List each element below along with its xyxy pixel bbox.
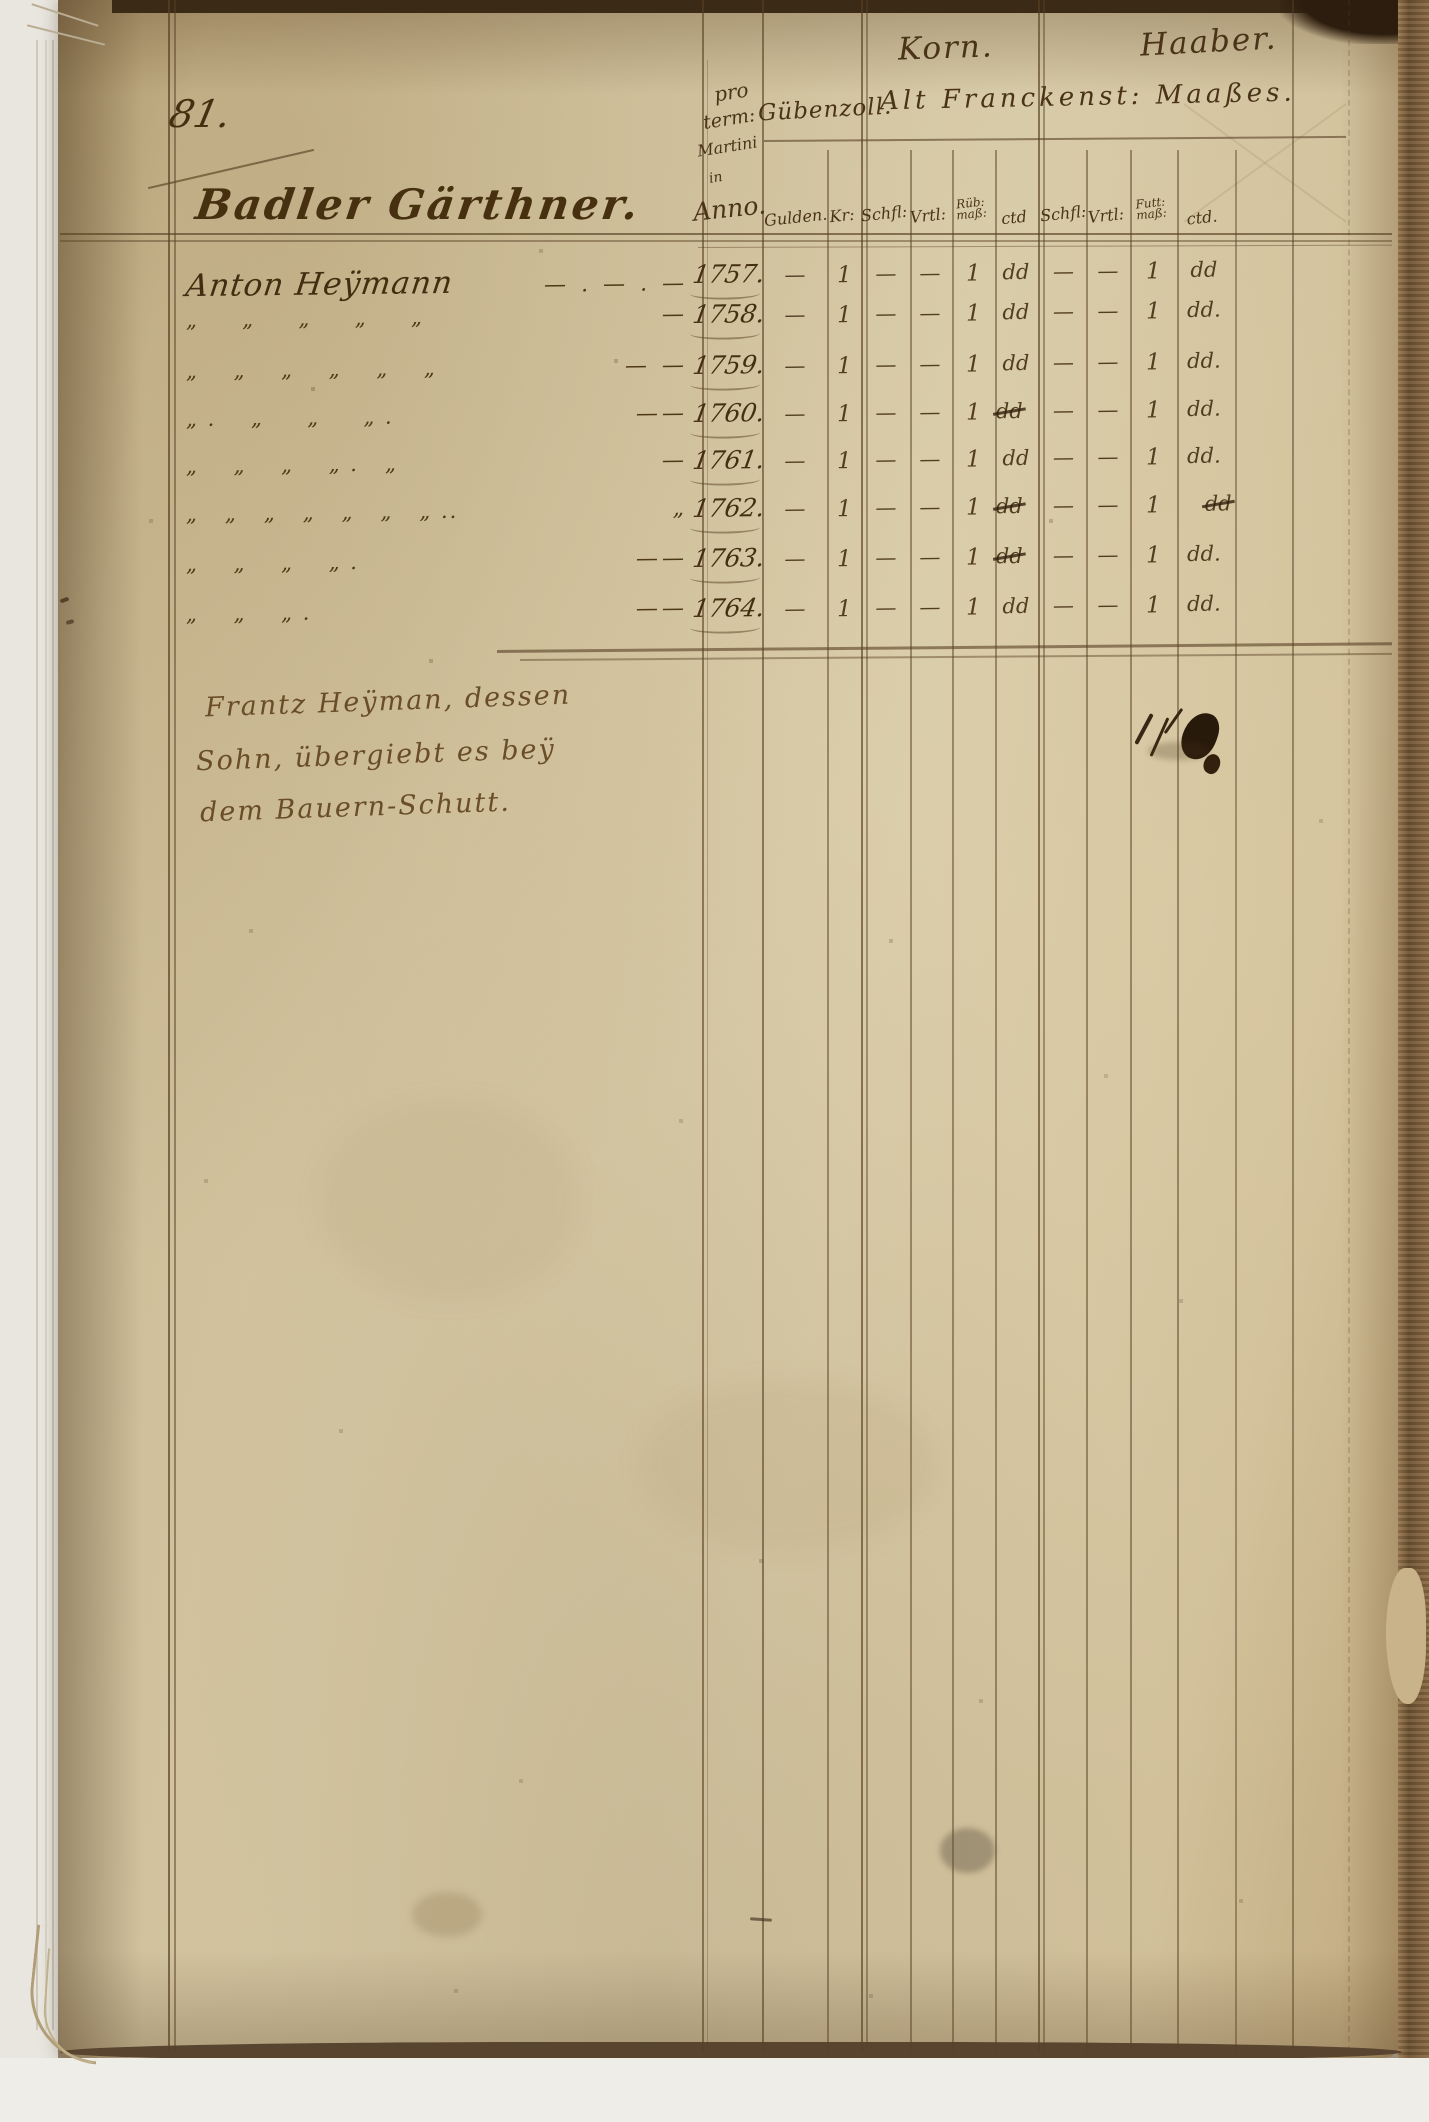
value-cell-haaber-mass: 1 [1131,492,1176,519]
ruled-line-horizontal [60,240,1392,242]
row-name-area: „ „ „ „ .—— [186,546,688,577]
column-subheader-kreuzer: Kr: [823,204,861,227]
manuscript-photo: 81. Badler Gärthner. pro term: Martini i… [0,0,1429,2122]
value-cell-kreuzer: 1 [829,401,860,427]
row-year: 1758. [690,299,769,329]
paper-speckles [0,0,2,2]
haaber-column-group-title: Haaber. [1139,20,1278,63]
row-name: Anton Heÿmann [184,265,456,304]
row-name-area: „ „ „ .—— [186,596,688,627]
year-flourish-arc [690,327,760,340]
value-cell-haaber-vrtl: — [1087,398,1129,423]
value-cell-kreuzer: 1 [829,302,860,328]
value-cell-korn-vrtl: — [910,261,950,285]
anno-header-line: in [708,169,724,187]
value-cell-korn-mass: 1 [953,544,994,570]
stain [412,1892,482,1937]
value-cell-haaber-schfl: — [1044,543,1083,567]
value-cell-korn-vrtl: — [910,301,950,325]
row-name-area: „ „ „ „ „— [186,302,688,333]
value-cell-korn-mass: 1 [953,260,994,286]
value-cell-haaber-mass: 1 [1131,397,1176,424]
ink-smear [1148,742,1210,760]
row-name-area: „ „ „ „ „ „— — [186,353,688,384]
ruled-line-vertical [1235,150,1237,2052]
value-cell-haaber-ctd: dd [1205,491,1232,515]
value-cell-korn-schfl: — [864,301,908,326]
row-year: 1757. [690,259,769,289]
value-cell-korn-schfl: — [864,595,908,620]
value-cell-gulden: — [766,302,824,327]
stain [640,1380,940,1550]
row-year: 1759. [690,350,769,380]
value-cell-kreuzer: 1 [829,546,860,572]
ruled-line-horizontal [60,233,1392,235]
value-cell-korn-vrtl: — [910,545,950,569]
row-name-area: „ . „ „ „ .—— [186,401,688,432]
ruled-line-vertical [1086,150,1088,2052]
torn-edge-patch [1386,1568,1426,1704]
photo-background-bottom [0,2058,1429,2122]
row-year: 1764. [690,593,769,623]
value-cell-haaber-ctd: dd. [1178,443,1230,468]
value-cell-gulden: — [766,448,824,473]
ditto-marks: „ „ „ . [186,601,312,627]
row-year: 1762. [690,493,769,523]
year-flourish-arc [690,621,760,634]
value-cell-korn-schfl: — [864,447,908,472]
value-cell-korn-ctd: dd [996,544,1023,568]
value-cell-gulden: — [766,596,824,621]
row-trail-dashes: —— [636,546,688,572]
value-cell-gulden: — [766,262,824,287]
value-cell-gulden: — [766,496,824,521]
page-stack-right [1398,0,1429,2078]
value-cell-korn-ctd: dd [996,494,1023,518]
value-cell-haaber-vrtl: — [1087,445,1129,470]
value-cell-haaber-schfl: — [1044,493,1083,517]
year-flourish-arc [690,473,760,486]
value-cell-korn-vrtl: — [910,400,950,424]
value-cell-haaber-vrtl: — [1087,543,1129,568]
value-cell-haaber-ctd: dd. [1178,591,1230,616]
value-cell-haaber-mass: 1 [1131,349,1176,376]
value-cell-haaber-schfl: — [1044,350,1083,374]
row-trail-dashes: —— [636,401,688,427]
value-cell-korn-schfl: — [864,261,908,286]
value-cell-korn-mass: 1 [953,446,994,472]
value-cell-korn-ctd: dd [996,399,1023,423]
value-cell-korn-ctd: dd [996,260,1036,284]
row-trail-dashes: „ [672,496,688,521]
value-cell-korn-ctd: dd [996,594,1036,618]
value-cell-haaber-schfl: — [1044,259,1083,283]
value-cell-haaber-ctd: dd. [1178,396,1230,421]
value-cell-haaber-vrtl: — [1087,259,1129,284]
ditto-marks: „ „ „ „ „ [186,305,424,332]
ruled-line-vertical [1177,150,1179,2052]
section-heading: Badler Gärthner. [193,180,645,229]
ditto-marks: „ „ „ „ . [186,550,359,576]
row-name-area: „ „ „ „ „ „ „ ..„ [186,496,688,527]
ditto-marks: „ „ „ „ „ „ [186,356,437,383]
stain [940,1828,995,1873]
value-cell-haaber-vrtl: — [1087,593,1129,618]
value-cell-haaber-ctd: dd. [1178,541,1230,566]
value-cell-haaber-mass: 1 [1131,444,1176,471]
value-cell-haaber-schfl: — [1044,445,1083,469]
value-cell-korn-vrtl: — [910,352,950,376]
value-cell-haaber-schfl: — [1044,299,1083,323]
value-cell-haaber-mass: 1 [1131,542,1176,569]
row-trail-dashes: — [662,448,688,473]
value-cell-haaber-schfl: — [1044,398,1083,422]
row-trail-dashes: — [662,302,688,327]
value-cell-haaber-vrtl: — [1087,350,1129,375]
korn-column-group-title: Korn. [897,28,994,67]
value-cell-gulden: — [766,401,824,426]
value-cell-haaber-ctd: dd [1178,257,1230,282]
value-cell-korn-vrtl: — [910,447,950,471]
value-cell-korn-mass: 1 [953,351,994,377]
value-cell-haaber-schfl: — [1044,593,1083,617]
value-cell-korn-mass: 1 [953,300,994,326]
year-flourish-arc [690,521,760,534]
value-cell-kreuzer: 1 [829,496,860,522]
folio-number: 81. [165,92,235,136]
year-flourish-arc [690,426,760,439]
book-edge-top [112,0,1429,13]
value-cell-korn-ctd: dd [996,351,1036,375]
value-cell-gulden: — [766,546,824,571]
value-cell-haaber-mass: 1 [1131,592,1176,619]
value-cell-haaber-mass: 1 [1131,258,1176,285]
value-cell-haaber-mass: 1 [1131,298,1176,325]
ditto-marks: „ „ „ „ „ „ „ .. [186,499,459,526]
row-year: 1763. [690,543,769,573]
value-cell-korn-schfl: — [864,495,908,520]
year-flourish-arc [690,571,760,584]
value-cell-korn-schfl: — [864,545,908,570]
row-trail-dashes: —— [636,596,688,622]
row-year: 1760. [690,398,769,428]
value-cell-korn-mass: 1 [953,399,994,425]
value-cell-haaber-vrtl: — [1087,299,1129,324]
value-cell-haaber-ctd: dd. [1178,348,1230,373]
value-cell-korn-mass: 1 [953,494,994,520]
value-cell-haaber-vrtl: — [1087,493,1129,518]
value-cell-kreuzer: 1 [829,353,860,379]
ditto-marks: „ . „ „ „ . [186,405,394,432]
value-cell-kreuzer: 1 [829,596,860,622]
value-cell-kreuzer: 1 [829,262,860,288]
row-trail-dashes: — . — . — [544,271,688,298]
value-cell-korn-ctd: dd [996,446,1036,470]
ruled-line-vertical [1130,150,1132,2052]
year-flourish-arc [690,287,760,300]
value-cell-haaber-ctd: dd. [1178,297,1230,322]
value-cell-korn-vrtl: — [910,495,950,519]
value-cell-korn-ctd: dd [996,300,1036,324]
year-flourish-arc [690,378,760,391]
value-cell-korn-vrtl: — [910,595,950,619]
ruled-line-vertical [995,150,997,2052]
value-cell-korn-schfl: — [864,352,908,377]
row-trail-dashes: — — [625,353,688,379]
row-name-area: „ „ „ „ . „— [186,448,688,479]
value-cell-gulden: — [766,353,824,378]
value-cell-korn-schfl: — [864,400,908,425]
ditto-marks: „ „ „ „ . „ [186,452,398,479]
row-name-area: Anton Heÿmann— . — . — [186,262,688,304]
stain [320,1100,580,1300]
value-cell-kreuzer: 1 [829,448,860,474]
value-cell-korn-mass: 1 [953,594,994,620]
row-year: 1761. [690,445,769,475]
